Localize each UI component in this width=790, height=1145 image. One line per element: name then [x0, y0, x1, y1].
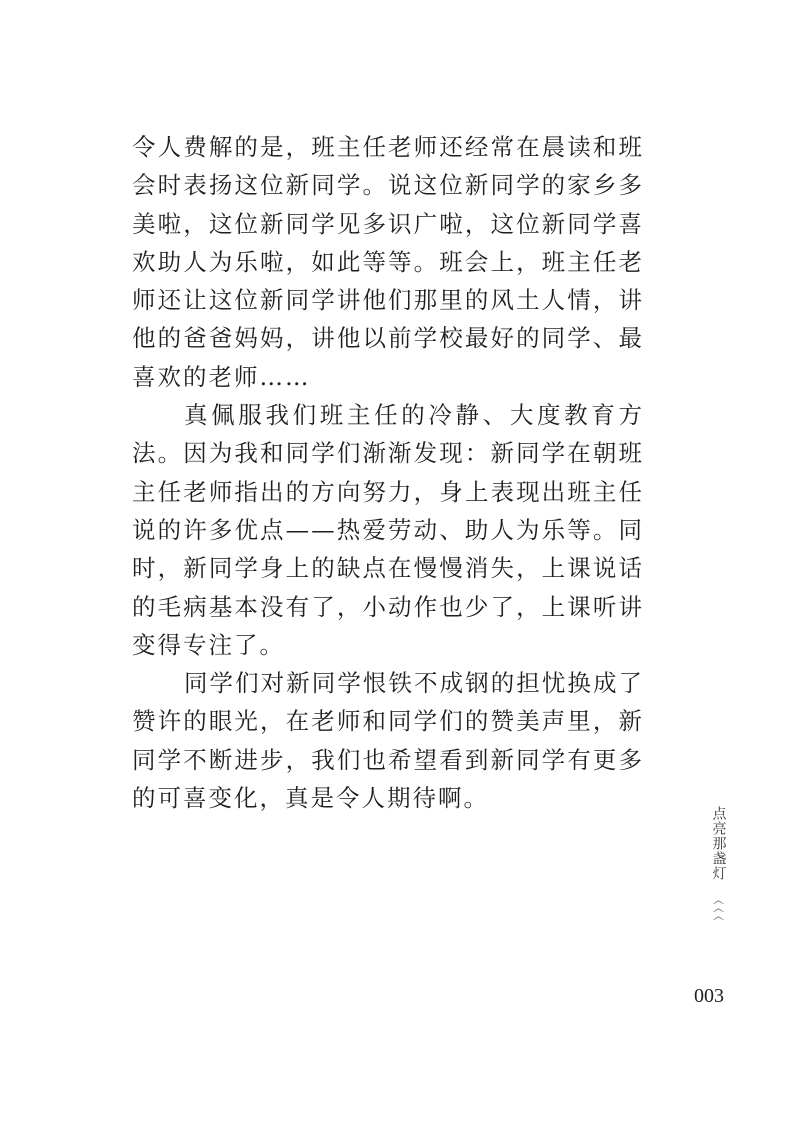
paragraph-1: 令人费解的是，班主任老师还经常在晨读和班会时表扬这位新同学。说这位新同学的家乡多…: [132, 128, 644, 396]
running-title: 点亮那盏灯: [709, 806, 728, 881]
running-header: 点亮那盏灯 ^^^: [708, 806, 728, 927]
triple-chevron-up-icon: ^^^: [713, 903, 724, 927]
paragraph-2: 真佩服我们班主任的冷静、大度教育方法。因为我和同学们渐渐发现：新同学在朝班主任老…: [132, 396, 644, 664]
paragraph-3: 同学们对新同学恨铁不成钢的担忧换成了赞许的眼光，在老师和同学们的赞美声里，新同学…: [132, 664, 644, 817]
page-number: 003: [694, 985, 724, 1008]
body-text: 令人费解的是，班主任老师还经常在晨读和班会时表扬这位新同学。说这位新同学的家乡多…: [132, 128, 644, 817]
